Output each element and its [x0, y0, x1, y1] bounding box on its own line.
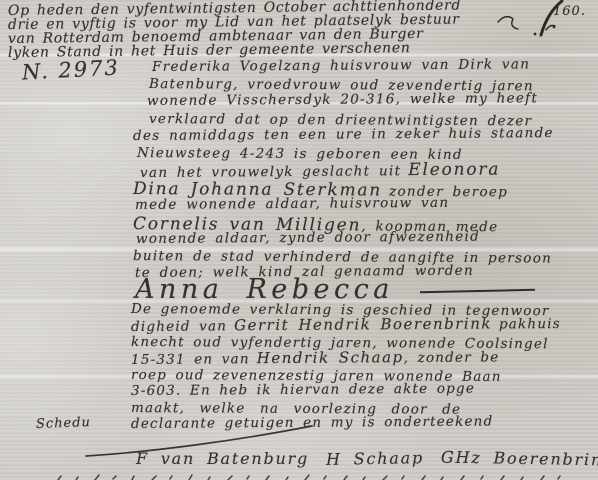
- cutoff-text-marks: [58, 475, 560, 480]
- closing-line: digheid vanGerrit Hendrik Boerenbrinkpak…: [131, 314, 561, 333]
- margin-note: Schedu: [36, 415, 91, 432]
- declaration-line: Frederika Vogelzang huisvrouw van Dirk v…: [152, 56, 554, 76]
- ink-dot: [534, 33, 537, 36]
- declaration-line: van het vrouwelyk geslacht uitEleonora: [140, 159, 554, 179]
- witness1-name: Gerrit Hendrik Boerenbrink: [234, 315, 492, 335]
- declaration-line: des namiddags ten een ure in zeker huis …: [133, 125, 554, 145]
- closing-text: 15-331 en van: [131, 351, 250, 368]
- signature-witness2: H Schaap: [326, 448, 424, 469]
- page-number: 160.: [553, 4, 586, 19]
- record-number: N. 2973: [21, 55, 120, 84]
- closing-text: pakhuis: [499, 316, 561, 332]
- signature-row: F van Batenburg H Schaap GHz Boerenbrink: [136, 449, 598, 468]
- witness2-name: Hendrik Schaap: [257, 348, 404, 367]
- closing-line: declarante getuigen en my is onderteeken…: [131, 413, 561, 432]
- closing-text: , zonder be: [404, 350, 500, 367]
- filler-dash: [420, 289, 535, 293]
- paraph-curl-icon: [498, 17, 518, 29]
- ink-dot: [553, 26, 556, 29]
- document-scan: Op heden den vyfentwintigsten October ac…: [0, 0, 598, 480]
- declaration-block: Frederika Vogelzang huisvrouw van Dirk v…: [133, 59, 554, 282]
- declaration-line: mede wonende aldaar, huisvrouw van: [135, 194, 554, 214]
- closing-line: 3-603. En heb ik hiervan deze akte opge: [131, 380, 561, 399]
- closing-text: digheid van: [131, 319, 227, 336]
- signature-declarant: F van Batenburg: [136, 449, 309, 468]
- declaration-line: wonende Visschersdyk 20-316, welke my he…: [147, 91, 554, 111]
- paraph-curl-icon: [546, 26, 555, 31]
- mother-name-part1: Eleonora: [408, 160, 500, 181]
- closing-block: De genoemde verklaring is geschied in te…: [131, 301, 561, 433]
- closing-line: 15-331 en vanHendrik Schaap, zonder be: [131, 347, 561, 366]
- signature-witness1: GHz Boerenbrink: [441, 447, 598, 469]
- declaration-line: wonende aldaar, zynde door afwezenheid: [136, 228, 554, 248]
